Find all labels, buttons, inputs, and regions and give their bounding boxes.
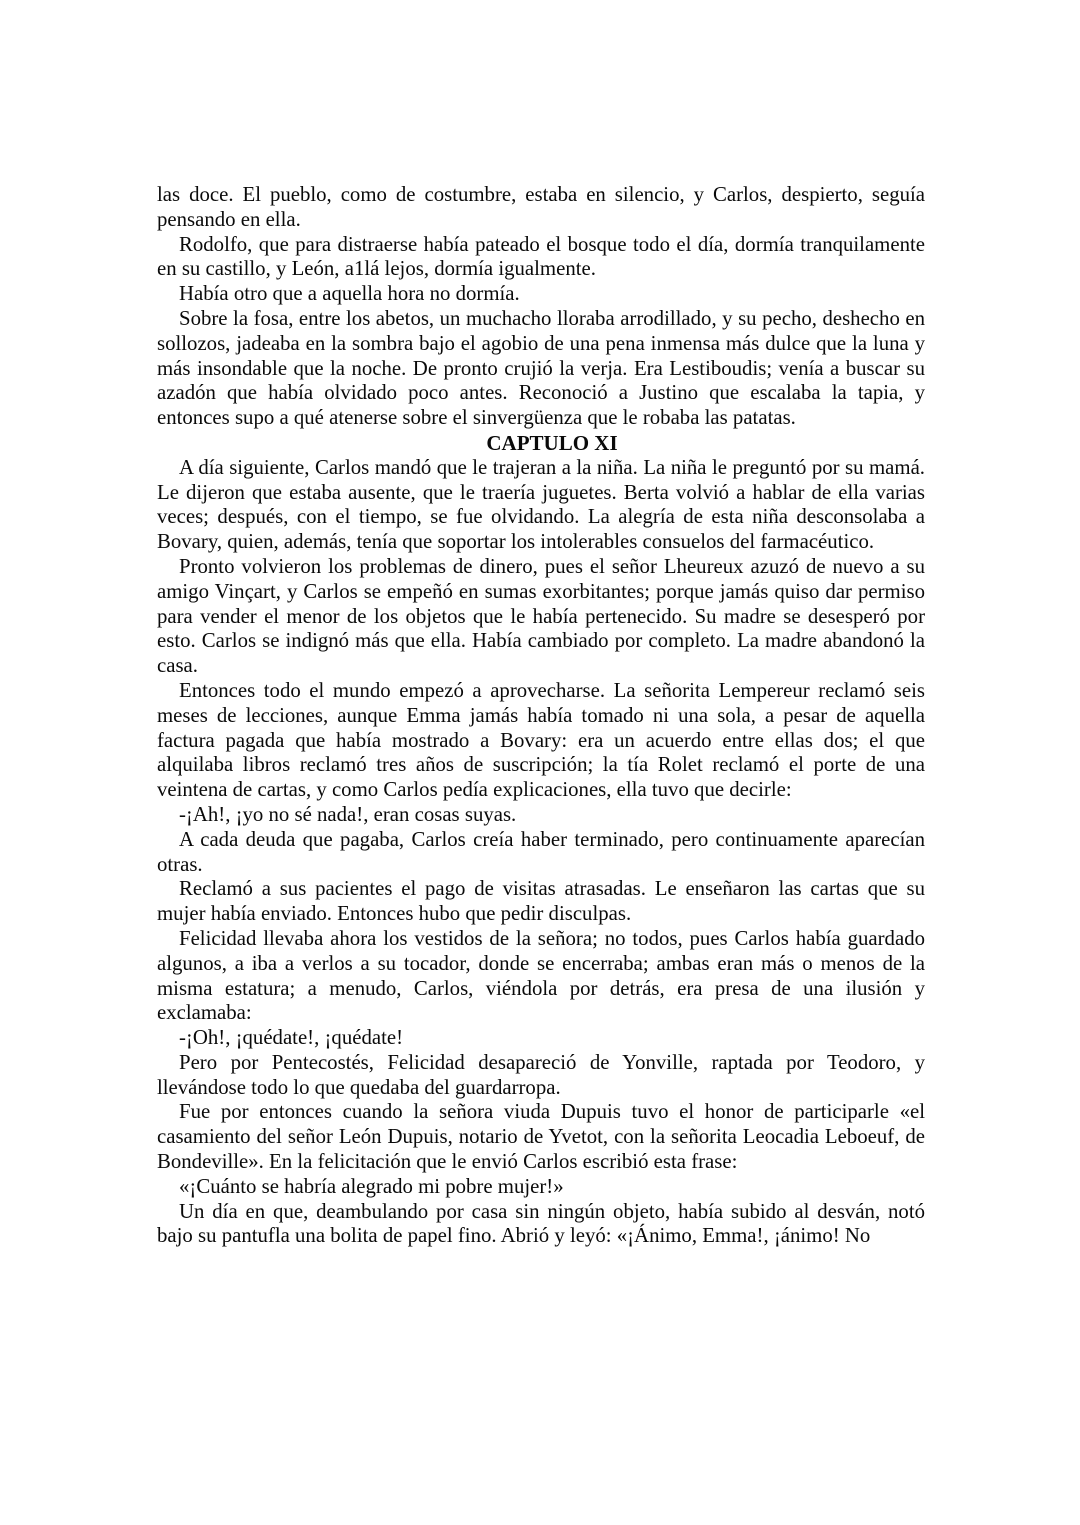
paragraph: Reclamó a sus pacientes el pago de visit… <box>157 877 925 927</box>
paragraph: Entonces todo el mundo empezó a aprovech… <box>157 679 925 803</box>
paragraph: Pronto volvieron los problemas de dinero… <box>157 555 925 679</box>
paragraph: Fue por entonces cuando la señora viuda … <box>157 1100 925 1174</box>
paragraph: Había otro que a aquella hora no dormía. <box>157 282 925 307</box>
quote-line: «¡Cuánto se habría alegrado mi pobre muj… <box>157 1175 925 1200</box>
dialog-line: -¡Oh!, ¡quédate!, ¡quédate! <box>157 1026 925 1051</box>
dialog-line: -¡Ah!, ¡yo no sé nada!, eran cosas suyas… <box>157 803 925 828</box>
paragraph: Felicidad llevaba ahora los vestidos de … <box>157 927 925 1026</box>
paragraph: las doce. El pueblo, como de costumbre, … <box>157 183 925 233</box>
paragraph: A cada deuda que pagaba, Carlos creía ha… <box>157 828 925 878</box>
document-page: las doce. El pueblo, como de costumbre, … <box>0 0 1080 1525</box>
paragraph: Sobre la fosa, entre los abetos, un much… <box>157 307 925 431</box>
text-column: las doce. El pueblo, como de costumbre, … <box>157 183 925 1249</box>
paragraph: Rodolfo, que para distraerse había patea… <box>157 233 925 283</box>
paragraph: A día siguiente, Carlos mandó que le tra… <box>157 456 925 555</box>
paragraph: Pero por Pentecostés, Felicidad desapare… <box>157 1051 925 1101</box>
chapter-heading: CAPTULO XI <box>157 431 925 456</box>
paragraph: Un día en que, deambulando por casa sin … <box>157 1200 925 1250</box>
